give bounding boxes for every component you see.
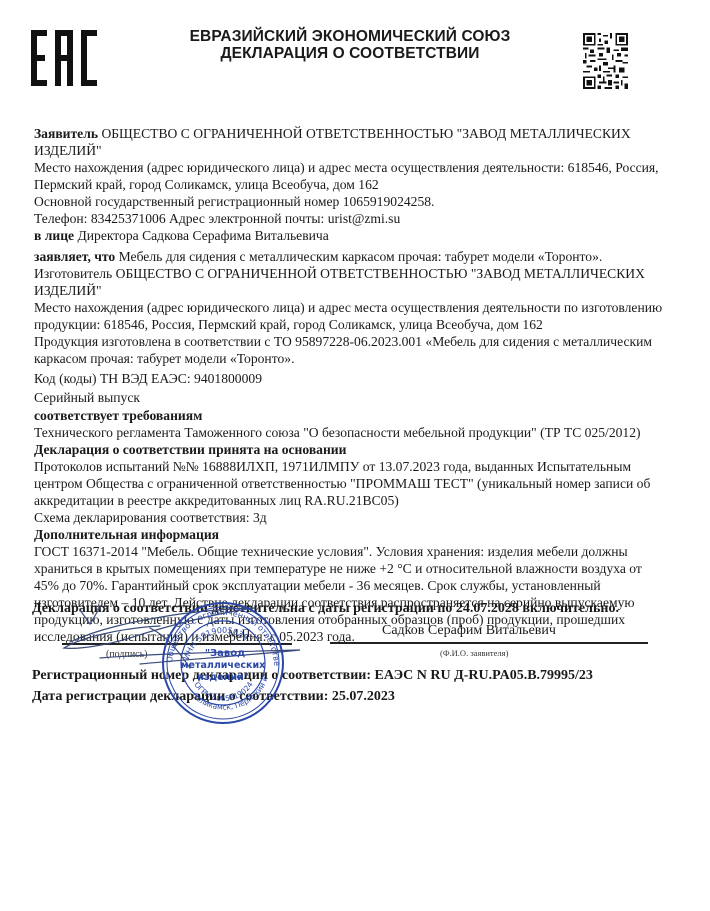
basis-line: Протоколов испытаний №№ 16888ИЛХП, 1971И…: [34, 458, 631, 475]
basis-line: центром Общества с ограниченной ответств…: [34, 475, 650, 492]
release-type: Серийный выпуск: [34, 389, 140, 406]
applicant-name: ОБЩЕСТВО С ОГРАНИЧЕННОЙ ОТВЕТСТВЕННОСТЬЮ…: [101, 126, 630, 141]
declares-line: заявляет, что Мебель для сидения с метал…: [34, 248, 602, 265]
applicant-name-cont: ИЗДЕЛИЙ": [34, 142, 102, 159]
applicant-address: Место нахождения (адрес юридического лиц…: [34, 159, 659, 176]
name-caption: (Ф.И.О. заявителя): [440, 645, 508, 662]
manufacturer-name-cont: ИЗДЕЛИЙ": [34, 282, 102, 299]
applicant-ogrn: Основной государственный регистрационный…: [34, 193, 434, 210]
signer-name: Садков Серафим Витальевич: [382, 622, 556, 639]
manufacturer-spec-cont: каркасом прочая: табурет модели «Торонто…: [34, 350, 294, 367]
applicant-address-cont: Пермский край, город Соликамск, улица Вс…: [34, 176, 379, 193]
declares-label: заявляет, что: [34, 249, 115, 264]
applicant-line: Заявитель ОБЩЕСТВО С ОГРАНИЧЕННОЙ ОТВЕТС…: [34, 125, 631, 142]
representative-label: в лице: [34, 228, 74, 243]
name-line: [330, 642, 648, 644]
manufacturer-label: Изготовитель: [34, 266, 112, 281]
additional-line: ГОСТ 16371-2014 "Мебель. Общие техническ…: [34, 543, 628, 560]
svg-text:металлических: металлических: [181, 660, 266, 671]
svg-text:"Завод: "Завод: [205, 648, 245, 659]
tn-ved-code: Код (коды) ТН ВЭД ЕАЭС: 9401800009: [34, 370, 262, 387]
product-name: Мебель для сидения с металлическим карка…: [119, 249, 603, 264]
basis-heading: Декларация о соответствии принята на осн…: [34, 441, 346, 458]
document-header: ЕВРАЗИЙСКИЙ ЭКОНОМИЧЕСКИЙ СОЮЗ ДЕКЛАРАЦИ…: [130, 28, 570, 62]
company-seal-icon: Общество с ограниченной ответственностью…: [158, 596, 288, 730]
requirements-value: Технического регламента Таможенного союз…: [34, 424, 641, 441]
additional-line: 45% до 70%. Гарантийный срок эксплуатаци…: [34, 577, 601, 594]
manufacturer-line: Изготовитель ОБЩЕСТВО С ОГРАНИЧЕННОЙ ОТВ…: [34, 265, 645, 282]
union-title: ЕВРАЗИЙСКИЙ ЭКОНОМИЧЕСКИЙ СОЮЗ: [130, 28, 570, 45]
manufacturer-address: Место нахождения (адрес юридического лиц…: [34, 299, 662, 316]
manufacturer-name: ОБЩЕСТВО С ОГРАНИЧЕННОЙ ОТВЕТСТВЕННОСТЬЮ…: [116, 266, 645, 281]
qr-code-icon: [583, 33, 628, 89]
eac-logo: [31, 30, 97, 86]
manufacturer-address-cont: продукции: 618546, Россия, Пермский край…: [34, 316, 543, 333]
manufacturer-spec: Продукция изготовлена в соответствии с Т…: [34, 333, 652, 350]
declaration-title: ДЕКЛАРАЦИЯ О СООТВЕТСТВИИ: [130, 45, 570, 62]
additional-heading: Дополнительная информация: [34, 526, 219, 543]
declaration-scheme: Схема декларирования соответствия: 3д: [34, 509, 267, 526]
applicant-representative: в лице Директора Садкова Серафима Виталь…: [34, 227, 329, 244]
representative-value: Директора Садкова Серафима Витальевича: [77, 228, 328, 243]
basis-line: аккредитации в реестре аккредитованных л…: [34, 492, 399, 509]
applicant-contacts: Телефон: 83425371006 Адрес электронной п…: [34, 210, 400, 227]
additional-line: храниться в крытых помещениях при темпер…: [34, 560, 642, 577]
applicant-label: Заявитель: [34, 126, 98, 141]
requirements-heading: соответствует требованиям: [34, 407, 202, 424]
svg-text:изделий": изделий": [197, 672, 249, 683]
